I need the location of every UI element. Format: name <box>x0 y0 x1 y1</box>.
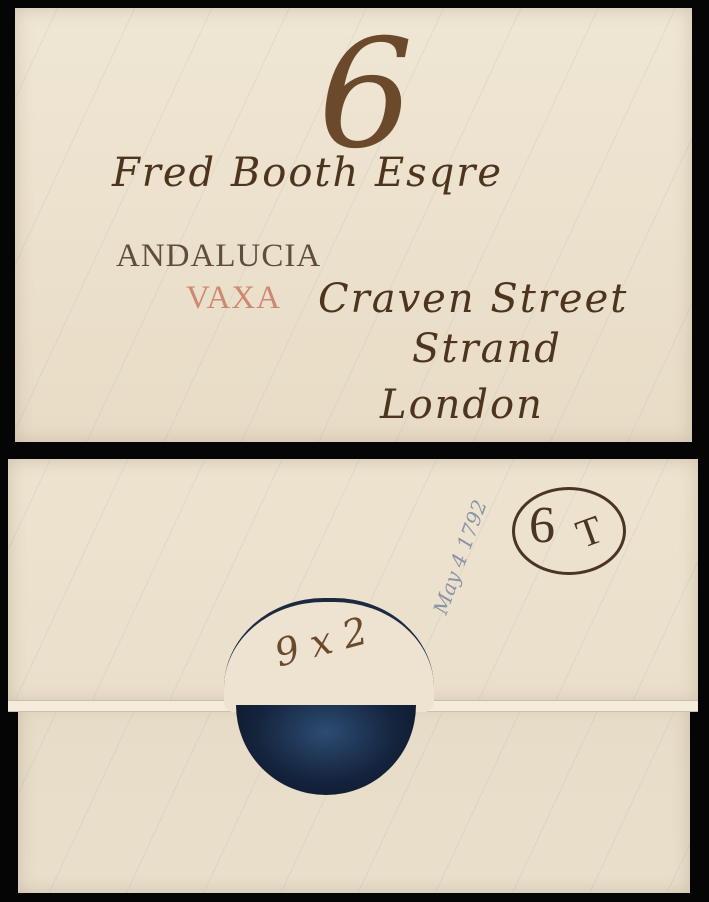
rate-marking: 6 <box>318 20 413 170</box>
postmark-line-1: ANDALUCIA <box>116 238 321 275</box>
datestamp-numeral: 6 <box>529 496 555 555</box>
address-line-3: Strand <box>412 326 562 372</box>
address-line-4: London <box>380 382 544 428</box>
address-line-2: Craven Street <box>318 276 628 322</box>
postmark-line-2: VAXA <box>186 280 281 317</box>
circular-datestamp: 6 T <box>512 487 626 575</box>
datestamp-letter: T <box>570 505 609 558</box>
flap-note: 9 x 2 <box>270 609 372 676</box>
address-line-1: Fred Booth Esqre <box>112 150 503 196</box>
